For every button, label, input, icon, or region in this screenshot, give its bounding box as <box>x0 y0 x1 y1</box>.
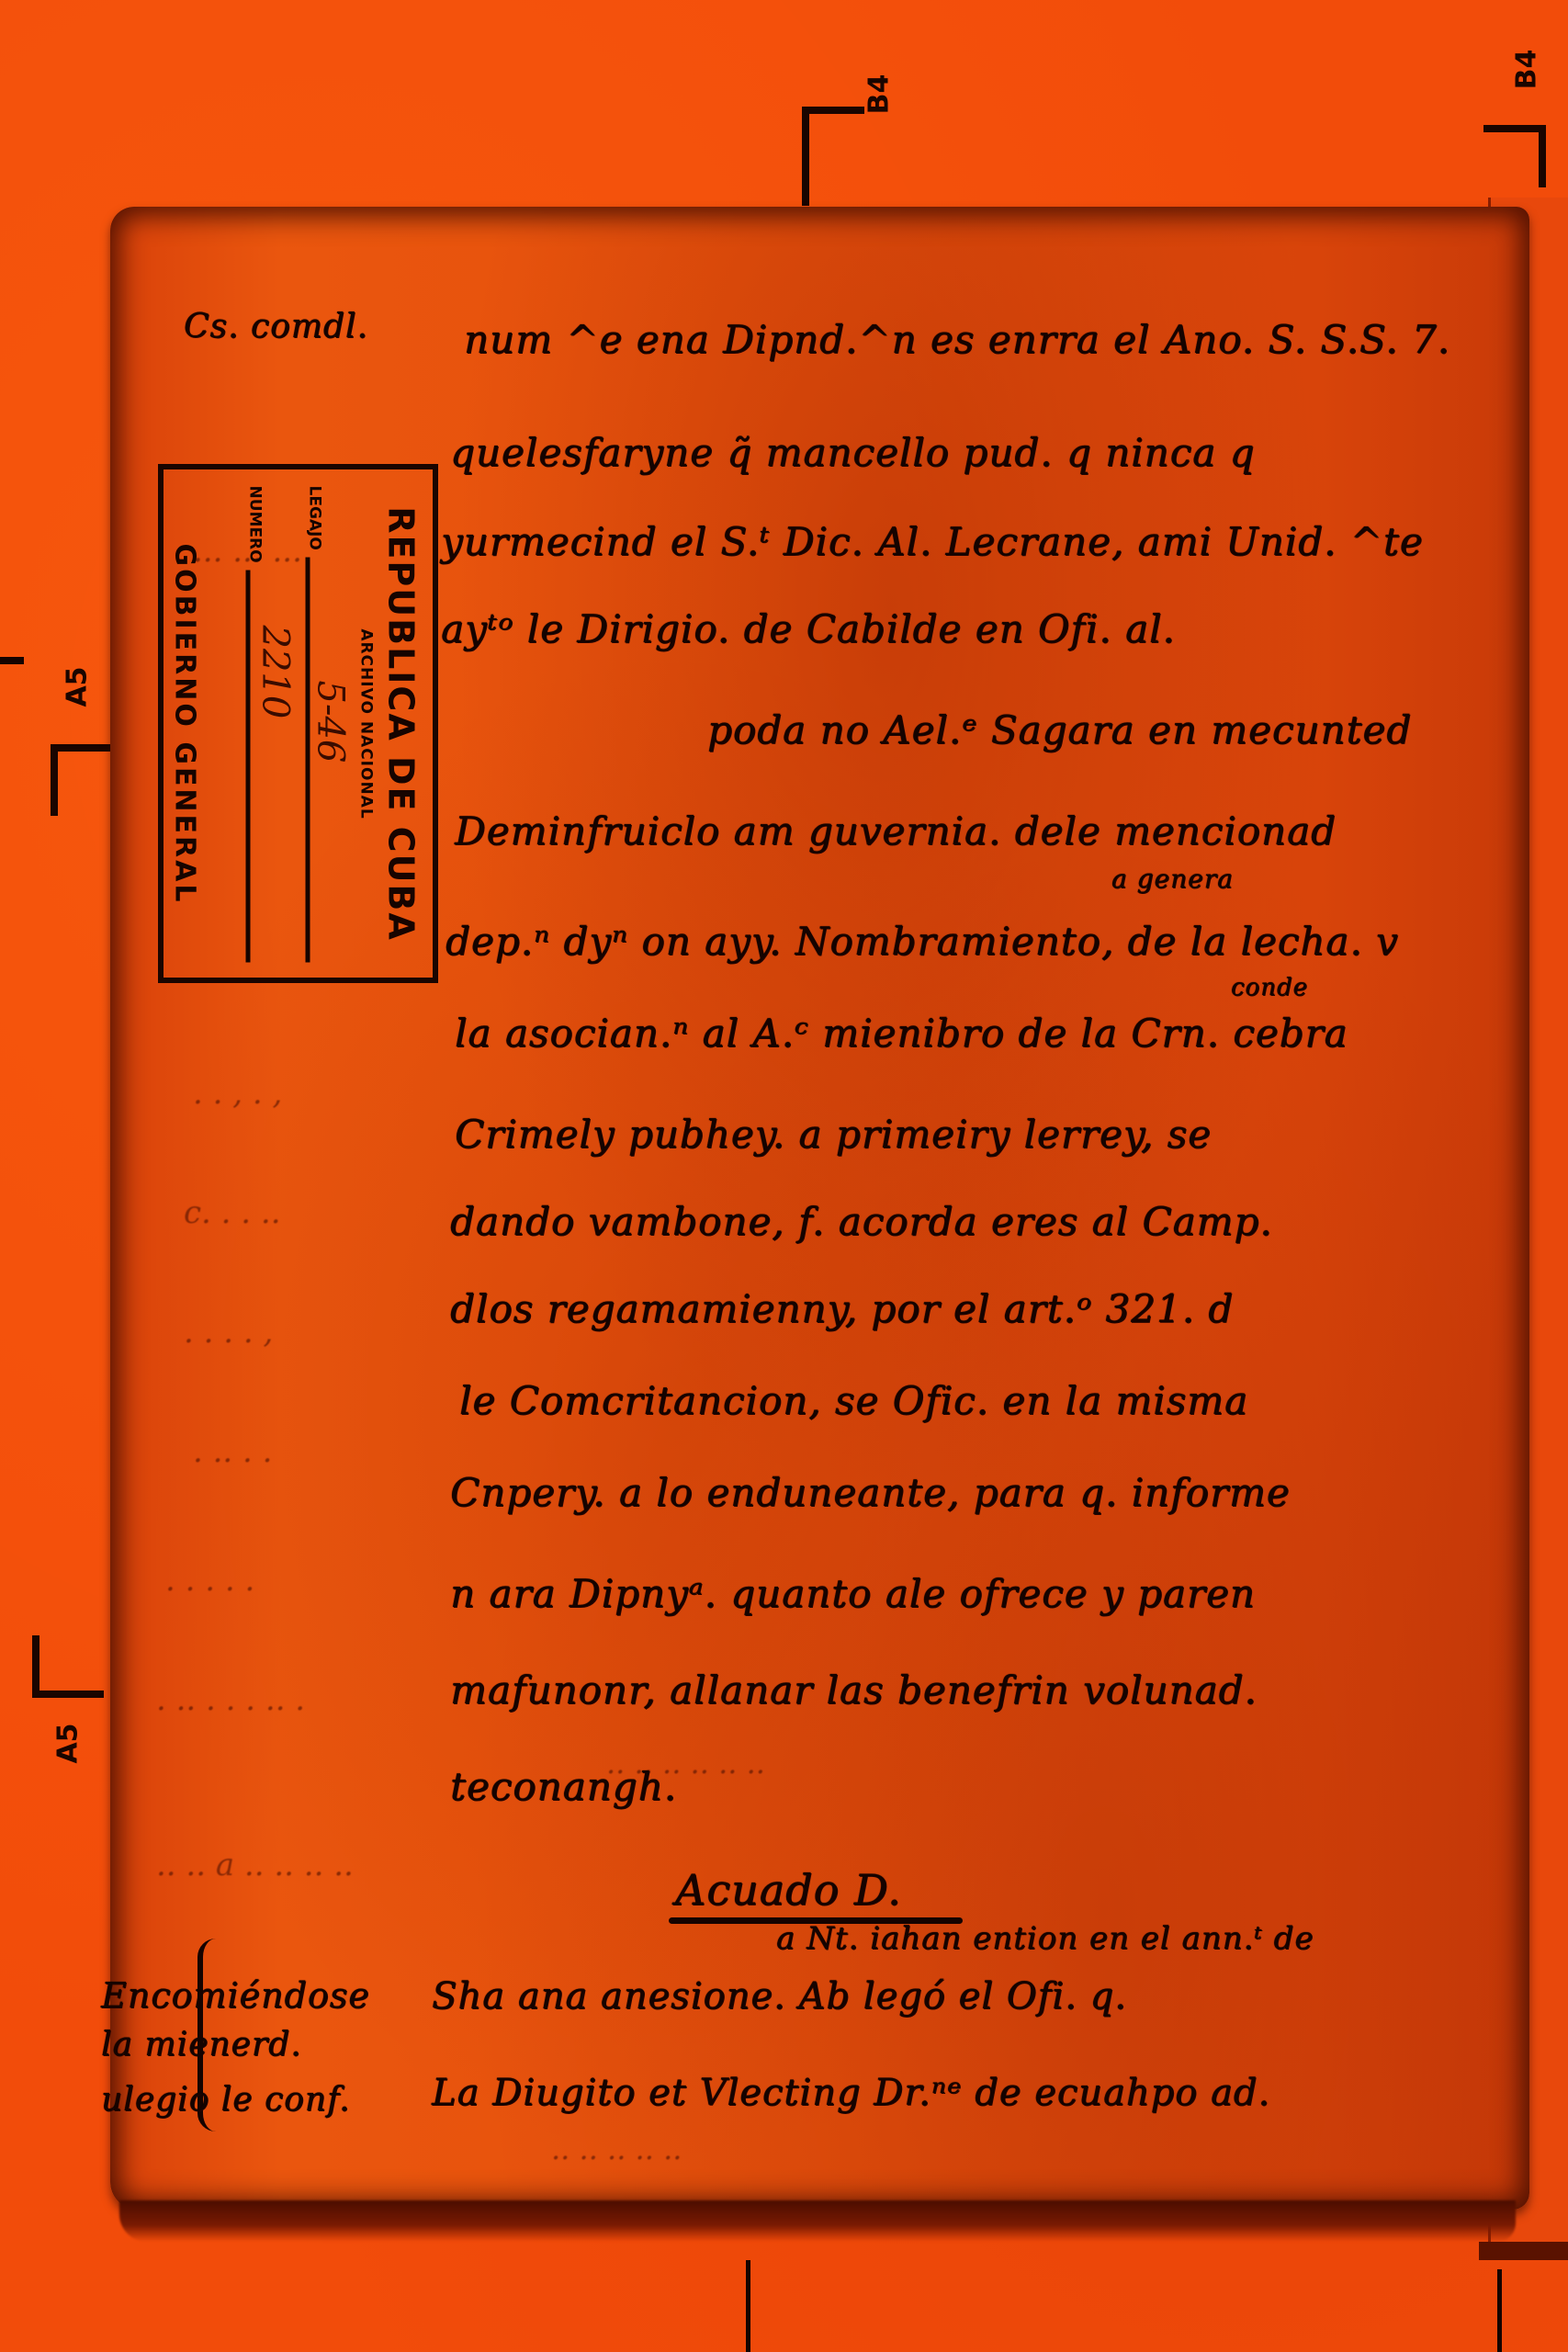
manuscript-line: la asocian.ⁿ al A.ᶜ mienibro de la Crn. … <box>455 1011 1348 1056</box>
manuscript-line: Cnpery. a lo enduneante, para q. informe <box>450 1470 1291 1515</box>
manuscript-line: dando vambone, f. acorda eres al Camp. <box>450 1199 1273 1244</box>
stamp-legajo-value: 5-46 <box>309 680 351 763</box>
bleed-through-text: .. .. .. .. .. <box>551 2131 682 2166</box>
stamp-numero-label: NUMERO <box>245 485 264 562</box>
manuscript-line: quelesfaryne q̃ mancello pud. q ninca q <box>450 430 1255 475</box>
stamp-numero-row: NUMERO <box>245 485 264 962</box>
manuscript-line: teconangh. <box>450 1764 677 1809</box>
underlying-sheet-edge <box>1479 2242 1568 2260</box>
interlinear-note: a genera <box>1111 864 1234 894</box>
bleed-through-text: . . . . , <box>184 1314 273 1351</box>
stamp-subtitle: ARCHIVO NACIONAL <box>356 469 375 978</box>
marker-top-right: B4 <box>1510 50 1542 90</box>
crop-bracket-top-right <box>1483 125 1546 187</box>
marker-left-lower: A5 <box>52 1723 85 1763</box>
archive-stamp: REPUBLICA DE CUBA ARCHIVO NACIONAL LEGAJ… <box>158 464 438 983</box>
manuscript-line: le Comcritancion, se Ofic. en la misma <box>459 1378 1248 1423</box>
footer-line: a Nt. iahan ention en el ann.ᵗ de <box>776 1920 1314 1957</box>
bleed-through-text: . . , . , <box>193 1075 282 1112</box>
stamp-numero-value: 2210 <box>254 625 296 718</box>
manuscript-line: dlos regamamienny, por el art.ᵒ 321. d <box>450 1286 1234 1331</box>
interlinear-note: conde <box>1231 974 1308 1001</box>
crop-bracket-left-lower <box>32 1635 104 1698</box>
tick-bottom-left <box>746 2260 750 2352</box>
stamp-title: REPUBLICA DE CUBA <box>380 469 421 978</box>
footer-line: La Diugito et Vlecting Dr.ⁿᵉ de ecuahpo … <box>432 2072 1270 2114</box>
stamp-content: REPUBLICA DE CUBA ARCHIVO NACIONAL LEGAJ… <box>163 469 434 978</box>
section-heading: Acuado D. <box>675 1865 902 1915</box>
stamp-footer: GOBIERNO GENERAL <box>168 469 200 978</box>
manuscript-line: dep.ⁿ dyⁿ on ayy. Nombramiento, de la le… <box>446 919 1399 964</box>
marker-top-left: B4 <box>863 74 895 115</box>
margin-note-bottom: ulegio le conf. <box>101 2081 350 2119</box>
tick-bottom-right <box>1497 2269 1502 2352</box>
paper-bottom-edge <box>119 2200 1516 2242</box>
margin-note-bottom: Encomiéndose <box>101 1975 370 2016</box>
manuscript-line: ayᵗᵒ le Dirigio. de Cabilde en Ofi. al. <box>441 606 1176 651</box>
manuscript-line: Deminfruiclo am guvernia. dele mencionad <box>455 808 1337 854</box>
bleed-through-text: c. . . .. <box>184 1194 281 1231</box>
marker-left-upper: A5 <box>62 666 94 707</box>
margin-note: Cs. comdl. <box>184 308 368 345</box>
bleed-through-text: .. .. a .. .. .. .. <box>156 1847 354 1883</box>
manuscript-line: num ^e ena Dipnd.^n es enrra el Ano. S. … <box>464 317 1450 362</box>
bleed-through-text: . . . . . <box>165 1562 254 1599</box>
stamp-legajo-label: LEGAJO <box>305 485 323 549</box>
manuscript-line: mafunonr, allanar las benefrin volunad. <box>450 1668 1258 1713</box>
manuscript-line: Crimely pubhey. a primeiry lerrey, se <box>455 1112 1212 1157</box>
bleed-through-text: . .. . . <box>193 1433 272 1470</box>
manuscript-line: n ara Dipnyᵃ. quanto ale ofrece y paren <box>450 1571 1256 1616</box>
tick-left-upper <box>0 657 24 664</box>
bleed-through-text: . .. . . . .. . <box>156 1681 305 1718</box>
manuscript-line: yurmecind el S.ᵗ Dic. Al. Lecrane, ami U… <box>441 519 1424 564</box>
crop-bracket-top-left <box>802 107 864 206</box>
manuscript-line: poda no Ael.ᵉ Sagara en mecunted <box>707 707 1412 752</box>
footer-line: Sha ana anesione. Ab legó el Ofi. q. <box>432 1975 1127 2018</box>
